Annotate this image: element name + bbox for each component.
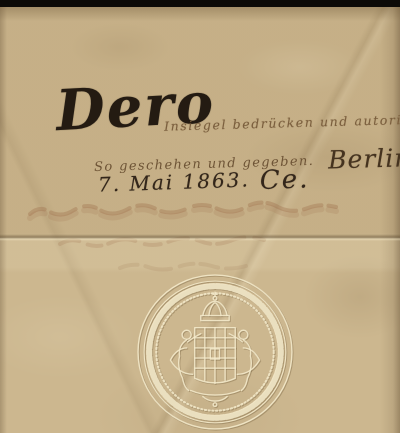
fold-crease (0, 234, 400, 241)
embossed-seal-icon (133, 271, 297, 433)
initial-word: Dero (54, 70, 216, 144)
embossed-seal (133, 271, 297, 433)
scanned-document: Dero Insiegel bedrücken und autorisiren … (0, 0, 400, 433)
place-name: Berlin (328, 143, 400, 174)
